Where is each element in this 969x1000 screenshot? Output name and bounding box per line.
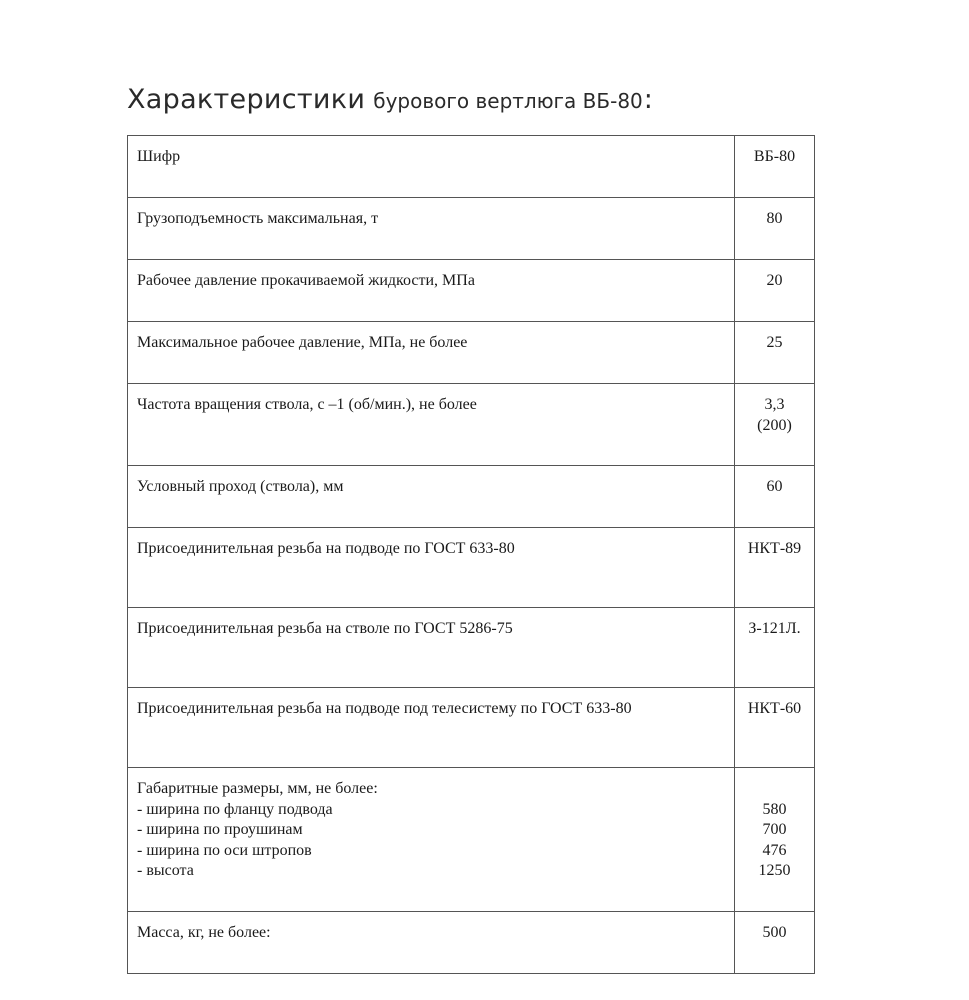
value-text: (200) <box>735 416 814 437</box>
parameter-text: - ширина по оси штропов <box>137 841 734 862</box>
parameter-text: Масса, кг, не более: <box>137 923 734 944</box>
value-text: 580 <box>735 800 814 821</box>
parameter-cell: Шифр <box>128 136 735 198</box>
title-main: Характеристики <box>127 84 365 115</box>
table-row: Присоединительная резьба на стволе по ГО… <box>128 608 815 688</box>
value-text: 700 <box>735 820 814 841</box>
parameter-cell: Условный проход (ствола), мм <box>128 466 735 528</box>
value-cell: ВБ-80 <box>735 136 815 198</box>
parameter-text: Присоединительная резьба на стволе по ГО… <box>137 619 734 640</box>
parameter-cell: Масса, кг, не более: <box>128 912 735 974</box>
value-text: 500 <box>735 923 814 944</box>
parameter-cell: Частота вращения ствола, с –1 (об/мин.),… <box>128 384 735 466</box>
value-text: 25 <box>735 333 814 354</box>
value-text: 60 <box>735 477 814 498</box>
parameter-text: - ширина по фланцу подвода <box>137 800 734 821</box>
value-cell: 60 <box>735 466 815 528</box>
value-text: 20 <box>735 271 814 292</box>
table-row: Присоединительная резьба на подводе под … <box>128 688 815 768</box>
parameter-text: Шифр <box>137 147 734 168</box>
value-text: З-121Л. <box>735 619 814 640</box>
title-colon: : <box>644 84 653 115</box>
value-cell: 80 <box>735 198 815 260</box>
parameter-text: Рабочее давление прокачиваемой жидкости,… <box>137 271 734 292</box>
value-text: 3,3 <box>735 395 814 416</box>
parameter-text: Максимальное рабочее давление, МПа, не б… <box>137 333 734 354</box>
parameter-cell: Присоединительная резьба на стволе по ГО… <box>128 608 735 688</box>
table-row: Рабочее давление прокачиваемой жидкости,… <box>128 260 815 322</box>
value-text: 476 <box>735 841 814 862</box>
value-cell: НКТ-89 <box>735 528 815 608</box>
value-cell: 25 <box>735 322 815 384</box>
parameter-cell: Присоединительная резьба на подводе по Г… <box>128 528 735 608</box>
parameter-cell: Грузоподъемность максимальная, т <box>128 198 735 260</box>
title-subject: бурового вертлюга ВБ-80 <box>373 89 643 113</box>
table-row: Габаритные размеры, мм, не более:- ширин… <box>128 768 815 912</box>
value-text: 80 <box>735 209 814 230</box>
value-text: НКТ-60 <box>735 699 814 720</box>
parameter-text: Частота вращения ствола, с –1 (об/мин.),… <box>137 395 734 416</box>
table-row: Присоединительная резьба на подводе по Г… <box>128 528 815 608</box>
table-row: ШифрВБ-80 <box>128 136 815 198</box>
specifications-table-body: ШифрВБ-80Грузоподъемность максимальная, … <box>128 136 815 974</box>
value-text <box>735 779 814 800</box>
value-text: ВБ-80 <box>735 147 814 168</box>
parameter-text: Условный проход (ствола), мм <box>137 477 734 498</box>
value-cell: 5807004761250 <box>735 768 815 912</box>
value-cell: З-121Л. <box>735 608 815 688</box>
parameter-cell: Габаритные размеры, мм, не более:- ширин… <box>128 768 735 912</box>
parameter-text: Габаритные размеры, мм, не более: <box>137 779 734 800</box>
table-row: Максимальное рабочее давление, МПа, не б… <box>128 322 815 384</box>
parameter-text: Присоединительная резьба на подводе под … <box>137 699 734 720</box>
value-text: 1250 <box>735 861 814 882</box>
parameter-text: Присоединительная резьба на подводе по Г… <box>137 539 734 560</box>
value-cell: НКТ-60 <box>735 688 815 768</box>
value-cell: 500 <box>735 912 815 974</box>
table-row: Частота вращения ствола, с –1 (об/мин.),… <box>128 384 815 466</box>
value-text: НКТ-89 <box>735 539 814 560</box>
parameter-text: - высота <box>137 861 734 882</box>
parameter-cell: Максимальное рабочее давление, МПа, не б… <box>128 322 735 384</box>
table-row: Условный проход (ствола), мм60 <box>128 466 815 528</box>
table-row: Масса, кг, не более:500 <box>128 912 815 974</box>
value-cell: 3,3(200) <box>735 384 815 466</box>
parameter-text: - ширина по проушинам <box>137 820 734 841</box>
value-cell: 20 <box>735 260 815 322</box>
table-row: Грузоподъемность максимальная, т80 <box>128 198 815 260</box>
page-title: Характеристикибурового вертлюга ВБ-80: <box>127 84 653 115</box>
parameter-cell: Присоединительная резьба на подводе под … <box>128 688 735 768</box>
parameter-cell: Рабочее давление прокачиваемой жидкости,… <box>128 260 735 322</box>
specifications-table: ШифрВБ-80Грузоподъемность максимальная, … <box>127 135 815 974</box>
parameter-text: Грузоподъемность максимальная, т <box>137 209 734 230</box>
